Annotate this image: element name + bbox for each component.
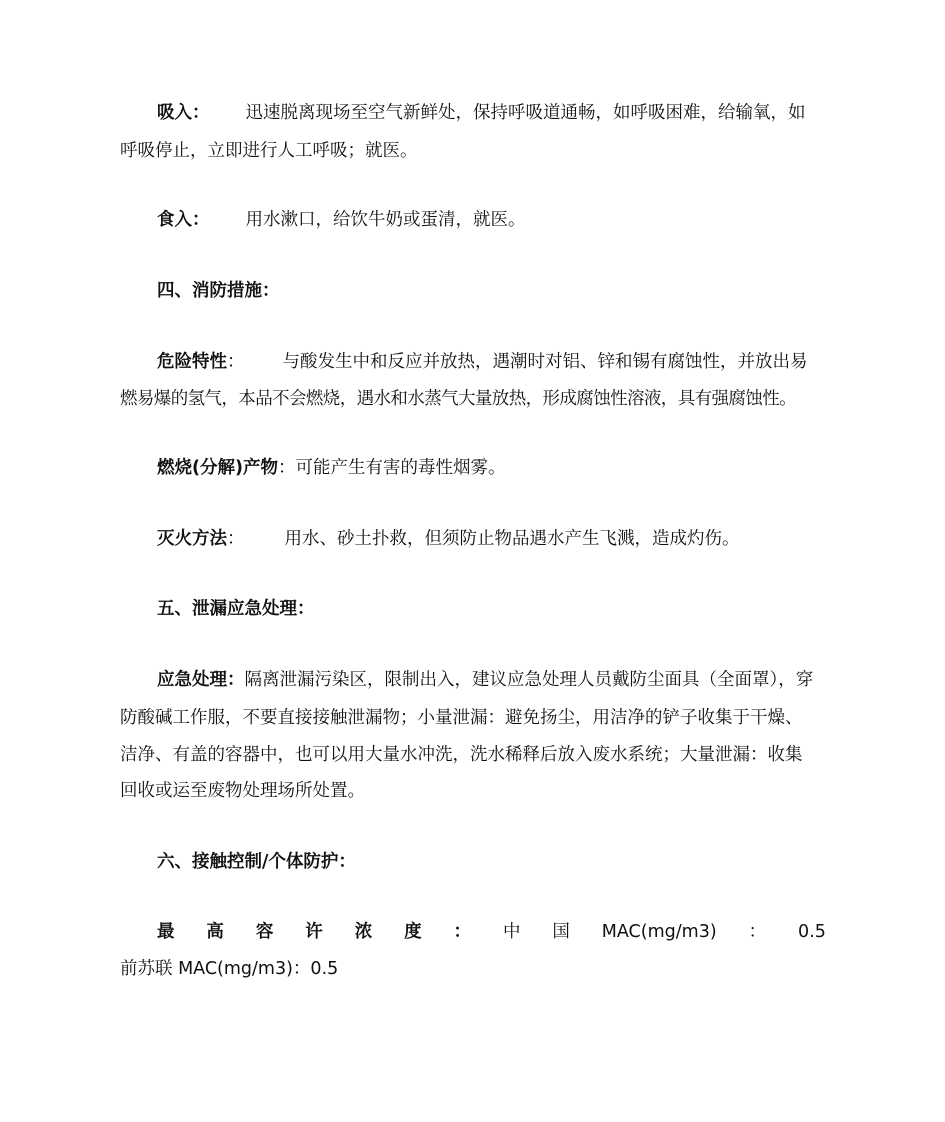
hazard-line-2: 燃易爆的氢气，本品不会燃烧，遇水和水蒸气大量放热，形成腐蚀性溶液，具有强腐蚀性。	[120, 387, 826, 411]
emergency-line-1: 应急处理：隔离泄漏污染区，限制出入，建议应急处理人员戴防尘面具（全面罩），穿	[157, 668, 826, 692]
section-heading-leak: 五、泄漏应急处理：	[157, 597, 826, 621]
ingestion-text: 用水漱口，给饮牛奶或蛋清，就医。	[246, 210, 526, 230]
emergency-line-2: 防酸碱工作服，不要直接接触泄漏物；小量泄漏：避免扬尘，用洁净的铲子收集于干燥、	[120, 706, 826, 730]
extinguish-line: 灭火方法：用水、砂土扑救，但须防止物品遇水产生飞溅，造成灼伤。	[157, 527, 826, 551]
combustion-text: 可能产生有害的毒性烟雾。	[296, 458, 506, 478]
hazard-text: 与酸发生中和反应并放热，遇潮时对铝、锌和锡有腐蚀性，并放出易	[283, 352, 808, 372]
ingestion-line: 食入：用水漱口，给饮牛奶或蛋清，就医。	[157, 208, 826, 232]
mac-china-value: 0.5	[798, 920, 826, 944]
inhalation-line-2: 呼吸停止，立即进行人工呼吸；就医。	[120, 139, 826, 163]
inhalation-text: 迅速脱离现场至空气新鲜处，保持呼吸道通畅，如呼吸困难，给输氧，如	[246, 103, 806, 123]
mac-line-1: 最 高 容 许 浓 度 ： 中 国 MAC(mg/m3) ： 0.5	[157, 920, 826, 944]
emergency-line-4: 回收或运至废物处理场所处置。	[120, 779, 826, 803]
hazard-line-1: 危险特性：与酸发生中和反应并放热，遇潮时对铝、锌和锡有腐蚀性，并放出易	[157, 350, 826, 374]
combustion-line: 燃烧(分解)产物：可能产生有害的毒性烟雾。	[157, 456, 826, 480]
section-heading-fire: 四、消防措施：	[157, 279, 826, 303]
extinguish-text: 用水、砂土扑救，但须防止物品遇水产生飞溅，造成灼伤。	[285, 529, 740, 549]
ingestion-label: 食入：	[157, 210, 210, 230]
hazard-label: 危险特性	[157, 352, 227, 372]
mac-line-2: 前苏联 MAC(mg/m3)：0.5	[120, 957, 826, 981]
inhalation-line-1: 吸入：迅速脱离现场至空气新鲜处，保持呼吸道通畅，如呼吸困难，给输氧，如	[157, 101, 826, 125]
inhalation-label: 吸入：	[157, 103, 210, 123]
emergency-label: 应急处理：	[157, 670, 245, 690]
extinguish-label: 灭火方法	[157, 529, 227, 549]
emergency-line-3: 洁净、有盖的容器中，也可以用大量水冲洗，洗水稀释后放入废水系统；大量泄漏：收集	[120, 743, 826, 767]
emergency-text: 隔离泄漏污染区，限制出入，建议应急处理人员戴防尘面具（全面罩），穿	[245, 670, 814, 690]
section-heading-exposure: 六、接触控制/个体防护：	[157, 850, 826, 874]
combustion-label: 燃烧(分解)产物	[157, 458, 278, 478]
